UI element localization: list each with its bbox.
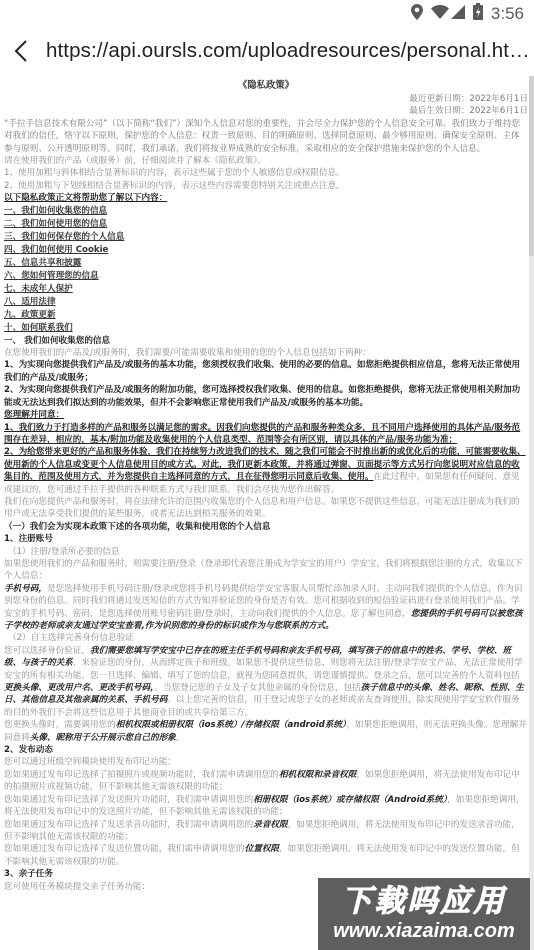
updated-date: 最近更新日期：2022年6月1日 xyxy=(4,93,528,105)
section-1-point-2: 2、为实现向您提供我们产品及/或服务的附加功能，您可选择授权我们收集、使用的信息… xyxy=(4,384,528,409)
wifi-icon xyxy=(431,4,449,23)
section-1-intro: 在您使用我们的产品及/或服务时，我们需要/可能需要收集和使用的您的个人信息包括如… xyxy=(4,347,528,359)
scrollbar[interactable] xyxy=(529,76,534,950)
toc-link-8[interactable]: 八、适用法律 xyxy=(4,296,56,308)
toc-link-2[interactable]: 二、我们如何使用您的信息 xyxy=(4,218,107,230)
toc-link-10[interactable]: 十、如何联系我们 xyxy=(4,322,73,334)
post-1-emphasis: 相机权限和录音权限 xyxy=(279,770,356,780)
doc-title: 《隐私政策》 xyxy=(4,79,528,93)
intro-paragraph: “手拉手信息技术有限公司”（以下简称“我们”）深知个人信息对您的重要性，并会尽全… xyxy=(4,118,528,155)
post-3-text-a: 您如果通过发布印记选择了发送录音功能时，我们需申请调用您的 xyxy=(4,820,253,830)
post-3-emphasis: 录音权限 xyxy=(253,820,287,830)
post-4-emphasis: 位置权限 xyxy=(245,844,279,854)
watermark-overlay: 下载吗应用 www.xiazaima.com xyxy=(318,878,530,950)
section-1-point-1: 1、为实现向您提供我们产品及/或服务的基本功能，您须授权我们收集、使用的必要的信… xyxy=(4,359,528,384)
section-1-heading: 一、 我们如何收集您的信息 xyxy=(4,335,528,347)
browser-toolbar: https://api.oursls.com/uploadresources/p… xyxy=(0,28,534,74)
avatar-text-c: 。 xyxy=(176,733,185,743)
effective-date: 最后生效日期：2022年6月1日 xyxy=(4,105,528,117)
verify-paragraph: 您可以选择身份验证，我们需要您填写学安宝中已存在的班主任手机号码和亲友手机号码，… xyxy=(4,645,528,719)
toc-link-7[interactable]: 七、未成年人保护 xyxy=(4,283,73,295)
agree-point-1: 1、我们致力于打造多样的产品和服务以满足您的需求。因我们向您提供的产品和服务种类… xyxy=(4,422,528,447)
toc-link-3[interactable]: 三、我们如何保存您的个人信息 xyxy=(4,231,124,243)
policy-document[interactable]: 《隐私政策》 最近更新日期：2022年6月1日 最后生效日期：2022年6月1日… xyxy=(4,76,528,950)
toc-link-9[interactable]: 九、政策更新 xyxy=(4,309,56,321)
verify-emphasis-2: 更换头像、更改用户名、更改手机号码， xyxy=(4,683,154,693)
chevron-left-icon xyxy=(14,40,28,62)
register-heading: 1、注册账号 xyxy=(4,533,528,545)
subsection-1-heading: （一）我们会为实现本政策下述的各项功能，收集和使用您的个人信息 xyxy=(4,521,528,533)
note-1: 1、使用加粗与斜体相结合显著标识的内容，表示这些属于您的个人敏感信息或权限信息。 xyxy=(4,167,528,179)
read-notice: 请在使用我们的产品（或服务）前，仔细阅读并了解本《隐私政策》。 xyxy=(4,155,528,167)
avatar-emphasis-2: 头像、昵称用于公开展示您自己的形象 xyxy=(30,733,176,743)
toc-link-6[interactable]: 六、您如何管理您的信息 xyxy=(4,270,99,282)
toc-link-1[interactable]: 一、我们如何收集您的信息 xyxy=(4,205,107,217)
register-sub-1: （1）注册/登录所必要的信息 xyxy=(4,546,528,558)
post-2-text-a: 您如果通过发布印记选择了发送照片功能时，我们需申请调用您的 xyxy=(4,795,253,805)
post-intro: 您可以通过班级空间模块使用发布印记功能： xyxy=(4,756,528,768)
scroll-thumb[interactable] xyxy=(529,76,534,256)
verify-text-b: ，来验证您的身份，从而绑定孩子和班级。如果您不提供这些信息，则您将无法注册/登录… xyxy=(4,658,523,680)
toc-link-5[interactable]: 五、信息共享和披露 xyxy=(4,257,81,269)
post-2-emphasis: 相册权限（ios系统）或存储权限（Android系统） xyxy=(253,795,447,805)
section-1-p3: 我们在向您提供产品和服务时，将在法律允许的范围内收集您的个人信息和用户信息。如果… xyxy=(4,496,528,521)
agree-heading: 您理解并同意： xyxy=(4,409,528,421)
agree-point-2: 2、为给您带来更好的产品和服务体验，我们在持续努力改进我们的技术，随之我们可能会… xyxy=(4,446,528,496)
table-of-contents: 一、我们如何收集您的信息 二、我们如何使用您的信息 三、我们如何保存您的个人信息… xyxy=(4,205,528,335)
post-1-text-a: 您如果通过发布印记选择了拍摄照片或视频功能时，我们需申请调用您的 xyxy=(4,770,279,780)
post-point-3: 您如果通过发布印记选择了发送录音功能时，我们需申请调用您的录音权限，如果您拒绝调… xyxy=(4,819,528,844)
avatar-text-a: 您更换头像时，需要调用您的 xyxy=(4,720,116,730)
register-phone: 手机号码，是您选择使用手机号码注册/登录或您将手机号码提供给学安宝客服人员帮忙添… xyxy=(4,583,528,633)
post-point-4: 您如果通过发布印记选择了发送位置功能，我们需申请调用您的位置权限，如果您拒绝调用… xyxy=(4,843,528,868)
location-icon xyxy=(411,4,423,24)
avatar-paragraph: 您更换头像时，需要调用您的相机权限或相册权限（ios系统）/存储权限（andro… xyxy=(4,719,528,744)
watermark-url: www.xiazaima.com xyxy=(333,919,515,943)
post-4-text-a: 您如果通过发布印记选择了发送位置功能，我们需申请调用您的 xyxy=(4,844,245,854)
page-url-title: https://api.oursls.com/uploadresources/p… xyxy=(46,39,530,63)
watermark-title: 下载吗应用 xyxy=(342,885,507,919)
toc-link-4[interactable]: 四、我们如何使用 Cookie xyxy=(4,244,108,256)
post-heading: 2、发布动态 xyxy=(4,744,528,756)
avatar-emphasis-1: 相机权限或相册权限（ios系统）/存储权限（android系统） xyxy=(116,720,347,730)
clock: 3:56 xyxy=(491,4,524,24)
back-button[interactable] xyxy=(0,28,42,74)
signal-icon xyxy=(451,4,465,23)
verify-text-a: 您可以选择身份验证， xyxy=(4,646,90,656)
register-sub-2: （2）自主选择完善身份信息验证 xyxy=(4,632,528,644)
register-p1: 如果您使用我们的产品和服务时，则需要注册/登录（登录即代表您注册成为学安宝的用户… xyxy=(4,558,528,583)
note-2: 2、使用加粗与下划线相结合显著标识的内容，表示这些内容需要您特别关注或重点注意。 xyxy=(4,180,528,192)
phone-label: 手机号码， xyxy=(4,584,47,594)
battery-charging-icon xyxy=(473,3,483,24)
status-bar: 3:56 xyxy=(0,0,534,28)
post-point-2: 您如果通过发布印记选择了发送照片功能时，我们需申请调用您的相册权限（ios系统）… xyxy=(4,794,528,819)
verify-text-c: 。当您登记您的子女及子女其他亲属的身份信息，包括 xyxy=(154,683,360,693)
post-point-1: 您如果通过发布印记选择了拍摄照片或视频功能时，我们需申请调用您的相机权限和录音权… xyxy=(4,769,528,794)
toc-heading: 以下隐私政策正文将帮助您了解以下内容： xyxy=(4,192,528,204)
